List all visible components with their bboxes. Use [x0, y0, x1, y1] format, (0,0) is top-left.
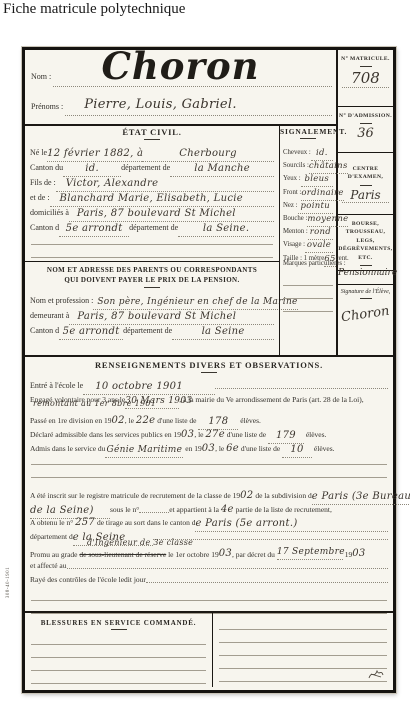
signalement-row: Visage :ovale [280, 233, 336, 246]
taille-row: Taille : 1 mètre 65 cent. [280, 247, 336, 260]
empty-cell [338, 271, 393, 285]
nom-value: Choron [25, 44, 336, 88]
canton1-row: Canton du id. département de la Manche [25, 157, 279, 172]
rule [342, 202, 389, 203]
recr-dept-row: département de la Seine [25, 526, 393, 540]
admis-total: 10 [290, 444, 303, 455]
admis-label1: Admis dans le service du [30, 444, 105, 453]
dept2-label: département de [129, 223, 178, 232]
fils-de-label: Fils de : [30, 178, 56, 187]
section-divider [25, 261, 279, 262]
renseignements-section: RENSEIGNEMENTS DIVERS ET OBSERVATIONS. E… [25, 355, 393, 483]
dash [360, 65, 372, 67]
admis-label5: élèves. [312, 444, 335, 453]
promu-interline-grade: d'Ingénieur de 3e classe [87, 539, 193, 547]
renseignements-title: RENSEIGNEMENTS DIVERS ET OBSERVATIONS. [25, 360, 393, 370]
declare-row: Déclaré admissible dans les services pub… [25, 424, 393, 438]
parents-canton-row: Canton d 5e arrondt département de la Se… [25, 320, 279, 335]
canton2-row: Canton d 5e arrondt département de la Se… [25, 217, 279, 232]
signalement-row: Sourcils :châtains [280, 154, 336, 167]
parents-title-line2: QUI DOIVENT PAYER LE PRIX DE LA PENSION. [25, 275, 279, 285]
promu-year1: 03 [219, 549, 232, 559]
signalement-row: Nez :pointu [280, 194, 336, 207]
signalement-title: SIGNALEMENT. [280, 127, 336, 136]
engage-interline-note: remontant au 1er 8bre 1901 [33, 400, 156, 408]
blank-rule [283, 286, 333, 299]
ne-le-row: Né le 12 février 1882, à Cherbourg [25, 142, 279, 157]
demeurant-label: demeurant à [30, 311, 69, 320]
signalement-row: Bouche :moyenne [280, 207, 336, 220]
profession-label: Nom et profession : [30, 296, 93, 305]
blessures-left-column: BLESSURES EN SERVICE COMMANDÉ. [25, 613, 213, 687]
dash [360, 297, 372, 299]
admis-label4: d'une liste de [239, 444, 282, 453]
affecte-label: et affecté au [30, 561, 67, 570]
blank-rule [283, 273, 333, 286]
blank-rule [219, 656, 387, 669]
signalement-row: Cheveux :id. [280, 141, 336, 154]
entre-row: Entré à l'école le 10 octobre 1901 [25, 375, 393, 389]
recrutement-section: A été inscrit sur le registre matricule … [25, 483, 393, 611]
admis-year: 03 [202, 444, 215, 454]
etat-civil-title: ÉTAT CIVIL. [25, 127, 279, 137]
etat-civil-section: ÉTAT CIVIL. Né le 12 février 1882, à Che… [25, 124, 279, 355]
dept2-value: la Seine. [203, 223, 250, 234]
blank-rule [31, 245, 273, 258]
demeurant-row: demeurant à Paris, 87 boulevard St Miche… [25, 305, 279, 320]
domicile-label: domiciliés à [30, 208, 69, 217]
student-signature: Choron [340, 304, 390, 326]
raye-label: Rayé des contrôles de l'école ledit jour [30, 575, 146, 584]
dash [201, 371, 217, 373]
prenoms-row: Prénoms : Pierre, Louis, Gabriel. [25, 90, 336, 124]
dash [360, 122, 372, 124]
marques-label: Marques particulières : [283, 260, 346, 267]
matricule-value: 708 [338, 69, 393, 87]
ne-le-label: Né le [30, 148, 47, 157]
printer-imprint: 308-40-1901 [6, 567, 11, 598]
nom-row: Nom : Choron [25, 50, 336, 90]
dash [144, 286, 160, 288]
admis-rank: 6e [226, 444, 239, 454]
admis-label2: en 19 [183, 444, 201, 453]
ink-scribble-icon [367, 667, 385, 681]
blank-rule [31, 645, 206, 658]
dash [360, 184, 372, 186]
admis-row: Admis dans le service duGénie Maritime e… [25, 438, 393, 452]
header-name-block: Nom : Choron Prénoms : Pierre, Louis, Ga… [25, 50, 336, 126]
raye-row: Rayé des contrôles de l'école ledit jour [25, 575, 393, 589]
marques-row: Marques particulières : [280, 260, 336, 273]
blank-rule [219, 643, 387, 656]
blessures-title: BLESSURES EN SERVICE COMMANDÉ. [25, 619, 212, 627]
decret-date: 17 Septembre [277, 547, 345, 557]
inscrit-row1: A été inscrit sur le registre matricule … [25, 485, 393, 499]
affecte-row: et affecté au [25, 561, 393, 575]
et-de-label: et de : [30, 193, 50, 202]
blank-rule [31, 465, 387, 478]
obtenu-row: A obtenu le n° 257 de tirage au sort dan… [25, 512, 393, 526]
signalement-row: Yeux :bleus [280, 167, 336, 180]
dash [360, 264, 372, 266]
parents-canton-value: 5e arrondt [63, 326, 120, 337]
signalement-row: Front :ordinaire [280, 181, 336, 194]
parents-dept-label: département de [123, 326, 172, 335]
blessures-right-column [213, 613, 393, 687]
blank-rule [31, 671, 206, 684]
dash [144, 138, 160, 140]
matricule-form: Nom : Choron Prénoms : Pierre, Louis, Ga… [22, 47, 396, 693]
centre-examen-value: Paris [338, 188, 393, 202]
matricule-label: N° MATRICULE. [338, 50, 393, 63]
fils-de-row: Fils de : Victor, Alexandre [25, 172, 279, 187]
et-de-row: et de : Blanchard Marie, Elisabeth, Luci… [25, 187, 279, 202]
dept1-label: département de [121, 163, 170, 172]
blank-rule [219, 630, 387, 643]
dash [111, 628, 127, 630]
promu-label1: Promu au grade [30, 550, 79, 559]
canton2-label: Canton d [30, 223, 59, 232]
prenoms-rule [65, 115, 332, 116]
promu-label3: , par décret du [232, 550, 277, 559]
engage-row: Engagé volontaire pour 3 ans le 30 Mars … [25, 389, 393, 410]
right-column: N° MATRICULE. 708 N° D'ADMISSION. 36 CEN… [336, 50, 393, 355]
promu-struck-grade: de sous-lieutenant de réserve [79, 550, 166, 559]
canton2-value: 5e arrondt [66, 223, 123, 234]
blessures-section: BLESSURES EN SERVICE COMMANDÉ. [25, 611, 393, 687]
blank-rule [31, 658, 206, 671]
admis-service: Génie Maritime [107, 445, 183, 455]
signalement-section: SIGNALEMENT. Cheveux :id. Sourcils :chât… [279, 124, 336, 355]
engage-label2: , à la mairie du Ve arrondissement de Pa… [179, 395, 363, 404]
inscrit-row2: de la Seine) sous le n° et appartient à … [25, 499, 393, 513]
blank-rule [219, 669, 387, 682]
parents-canton-label: Canton d [30, 326, 59, 335]
page-title: Fiche matricule polytechnique [3, 1, 185, 18]
admission-label: N° D'ADMISSION. [338, 107, 393, 120]
domicile-row: domiciliés à Paris, 87 boulevard St Mich… [25, 202, 279, 217]
signature-cell: Signature de l'Élève, Choron [338, 285, 393, 351]
promu-year2: 03 [352, 549, 365, 559]
parents-title-line1: NOM ET ADRESSE DES PARENTS OU CORRESPOND… [25, 265, 279, 275]
prenoms-value: Pierre, Louis, Gabriel. [25, 98, 296, 111]
dash [300, 137, 316, 139]
blank-rule [31, 632, 206, 645]
admis-label3: , le [215, 444, 226, 453]
signalement-row: Menton :rond [280, 220, 336, 233]
blank-rule [31, 588, 387, 601]
parents-dept-value: la Seine [202, 326, 245, 337]
signature-label: Signature de l'Élève, [338, 289, 393, 295]
passe-row: Passé en 1re division en 1902, le 22e d'… [25, 410, 393, 424]
canton1-label: Canton du [30, 163, 63, 172]
profession-row: Nom et profession : Son père, Ingénieur … [25, 290, 279, 305]
rule [342, 87, 389, 88]
blank-rule [283, 299, 333, 312]
matricule-cell: N° MATRICULE. 708 [338, 50, 393, 107]
promu-row: d'Ingénieur de 3e classe Promu au grade … [25, 539, 393, 561]
blank-rule [219, 617, 387, 630]
promu-label2: le 1er octobre 19 [166, 550, 218, 559]
